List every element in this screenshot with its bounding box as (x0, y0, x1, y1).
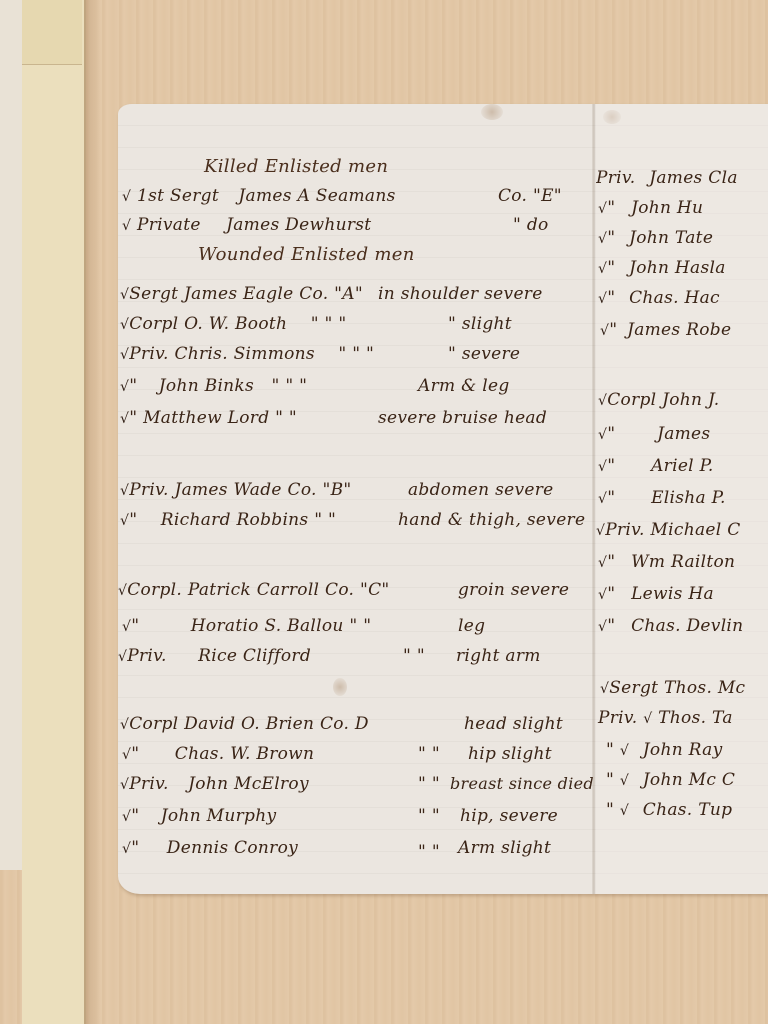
wound-detail: groin severe (458, 580, 569, 600)
wounded-row: √Priv. Rice Clifford (118, 646, 311, 666)
wound-company: " " (418, 842, 440, 862)
wound-detail: breast since died (450, 774, 594, 793)
right-row: √Priv. Michael C (596, 520, 741, 540)
wounded-row: √Priv. John McElroy (120, 774, 309, 794)
folder-tab (22, 0, 82, 65)
wound-detail: " severe (448, 344, 520, 364)
wound-detail: Arm & leg (418, 376, 510, 396)
heading-killed: Killed Enlisted men (204, 156, 388, 177)
right-page: Priv. James Cla √" John Hu √" John Tate … (596, 104, 768, 894)
wounded-row: √Corpl. Patrick Carroll Co. "C" (118, 580, 390, 600)
wound-company: " " (418, 744, 440, 764)
wound-detail: in shoulder severe (378, 284, 543, 304)
wound-company: " " (418, 806, 440, 826)
wounded-row: √" Dennis Conroy (122, 838, 298, 858)
right-row: √" John Hu (598, 198, 703, 218)
right-row: " √ John Ray (606, 740, 722, 760)
right-row: √" Elisha P. (598, 488, 726, 508)
wounded-row: √Sergt James Eagle Co. "A" (120, 284, 363, 304)
wounded-row: √" Richard Robbins " " (120, 510, 336, 530)
wounded-row: √" Horatio S. Ballou " " (122, 616, 371, 636)
wounded-row: √" John Murphy (122, 806, 276, 826)
right-row: √" John Hasla (598, 258, 726, 278)
heading-wounded: Wounded Enlisted men (198, 244, 415, 265)
killed-company: Co. "E" (498, 186, 562, 206)
right-row: Priv. James Cla (596, 168, 738, 188)
wound-detail: leg (458, 616, 485, 636)
killed-row: √ 1st Sergt James A Seamans (122, 186, 396, 206)
right-row: Priv. √ Thos. Ta (598, 708, 733, 728)
wound-detail: head slight (464, 714, 563, 734)
wounded-row: √Priv. James Wade Co. "B" (120, 480, 352, 500)
killed-row: √ Private James Dewhurst (122, 215, 371, 235)
killed-company: " do (513, 215, 549, 235)
wound-detail: hip, severe (460, 806, 558, 826)
right-row: " √ Chas. Tup (606, 800, 732, 820)
background-sheet (0, 0, 24, 870)
right-row: √Sergt Thos. Mc (600, 678, 745, 698)
wound-detail: hand & thigh, severe (398, 510, 585, 530)
right-row: " √ John Mc C (606, 770, 735, 790)
right-row: √" Ariel P. (598, 456, 714, 476)
right-row: √" John Tate (598, 228, 713, 248)
letter-sheet: Killed Enlisted men √ 1st Sergt James A … (118, 104, 768, 894)
right-row: √" Chas. Hac (598, 288, 720, 308)
folder-shadow (86, 0, 100, 1024)
wounded-row: √" John Binks " " " (120, 376, 307, 396)
wound-detail: " slight (448, 314, 512, 334)
right-row: √" Wm Railton (598, 552, 735, 572)
right-row: √" James Robe (600, 320, 731, 340)
wound-company: " " (403, 646, 425, 666)
wound-detail: severe bruise head (378, 408, 547, 428)
wounded-row: √Priv. Chris. Simmons " " " (120, 344, 374, 364)
wounded-row: √" Matthew Lord " " (120, 408, 297, 428)
wound-detail: abdomen severe (408, 480, 554, 500)
left-page: Killed Enlisted men √ 1st Sergt James A … (118, 104, 592, 894)
wound-company: " " (418, 774, 440, 794)
right-row: √Corpl John J. (598, 390, 720, 410)
wounded-row: √Corpl O. W. Booth " " " (120, 314, 346, 334)
right-row: √" Lewis Ha (598, 584, 714, 604)
wounded-row: √Corpl David O. Brien Co. D (120, 714, 369, 734)
right-row: √" James (598, 424, 710, 444)
wound-detail: right arm (456, 646, 541, 666)
right-row: √" Chas. Devlin (598, 616, 743, 636)
manila-folder (22, 0, 86, 1024)
wound-detail: Arm slight (458, 838, 551, 858)
wound-detail: hip slight (468, 744, 552, 764)
wounded-row: √" Chas. W. Brown (122, 744, 314, 764)
